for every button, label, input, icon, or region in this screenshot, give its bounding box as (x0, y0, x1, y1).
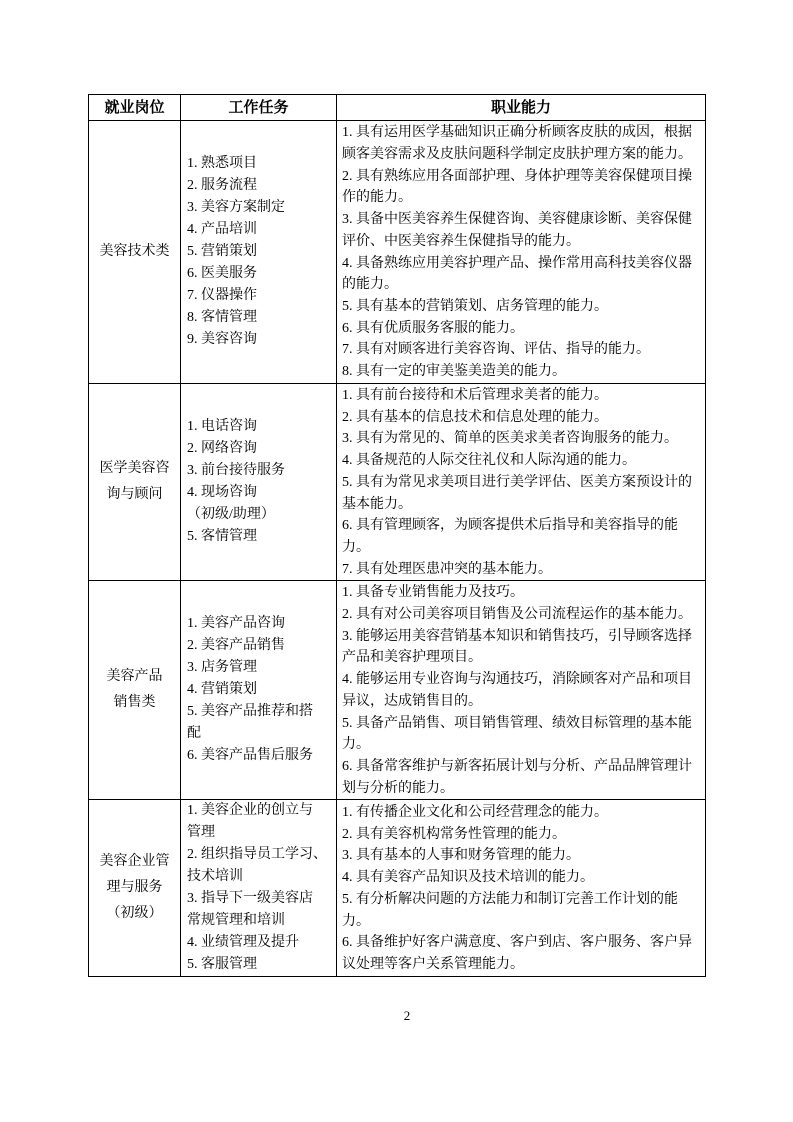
tasks-cell: 1. 美容企业的创立与 管理 2. 组织指导员工学习、 技术培训 3. 指导下一… (181, 800, 337, 977)
header-tasks: 工作任务 (181, 95, 337, 121)
position-cell: 美容企业管 理与服务 （初级） (89, 800, 181, 977)
position-cell: 美容技术类 (89, 121, 181, 384)
table-row: 医学美容咨 询与顾问 1. 电话咨询 2. 网络咨询 3. 前台接待服务 4. … (89, 384, 706, 581)
tasks-cell: 1. 电话咨询 2. 网络咨询 3. 前台接待服务 4. 现场咨询 （初级/助理… (181, 384, 337, 581)
document-page: 就业岗位 工作任务 职业能力 美容技术类 1. 熟悉项目 2. 服务流程 3. … (0, 0, 793, 1122)
abilities-cell: 1. 具备专业销售能力及技巧。 2. 具有对公司美容项目销售及公司流程运作的基本… (337, 581, 706, 800)
job-positions-table: 就业岗位 工作任务 职业能力 美容技术类 1. 熟悉项目 2. 服务流程 3. … (88, 94, 706, 977)
position-cell: 医学美容咨 询与顾问 (89, 384, 181, 581)
abilities-cell: 1. 具有前台接待和术后管理求美者的能力。 2. 具有基本的信息技术和信息处理的… (337, 384, 706, 581)
abilities-cell: 1. 具有运用医学基础知识正确分析顾客皮肤的成因，根据 顾客美容需求及皮肤问题科… (337, 121, 706, 384)
tasks-cell: 1. 熟悉项目 2. 服务流程 3. 美容方案制定 4. 产品培训 5. 营销策… (181, 121, 337, 384)
page-number: 2 (88, 1008, 726, 1024)
header-position: 就业岗位 (89, 95, 181, 121)
tasks-cell: 1. 美容产品咨询 2. 美容产品销售 3. 店务管理 4. 营销策划 5. 美… (181, 581, 337, 800)
table-header-row: 就业岗位 工作任务 职业能力 (89, 95, 706, 121)
table-row: 美容产品 销售类 1. 美容产品咨询 2. 美容产品销售 3. 店务管理 4. … (89, 581, 706, 800)
abilities-cell: 1. 有传播企业文化和公司经营理念的能力。 2. 具有美容机构常务性管理的能力。… (337, 800, 706, 977)
header-abilities: 职业能力 (337, 95, 706, 121)
table-row: 美容企业管 理与服务 （初级） 1. 美容企业的创立与 管理 2. 组织指导员工… (89, 800, 706, 977)
table-row: 美容技术类 1. 熟悉项目 2. 服务流程 3. 美容方案制定 4. 产品培训 … (89, 121, 706, 384)
position-cell: 美容产品 销售类 (89, 581, 181, 800)
